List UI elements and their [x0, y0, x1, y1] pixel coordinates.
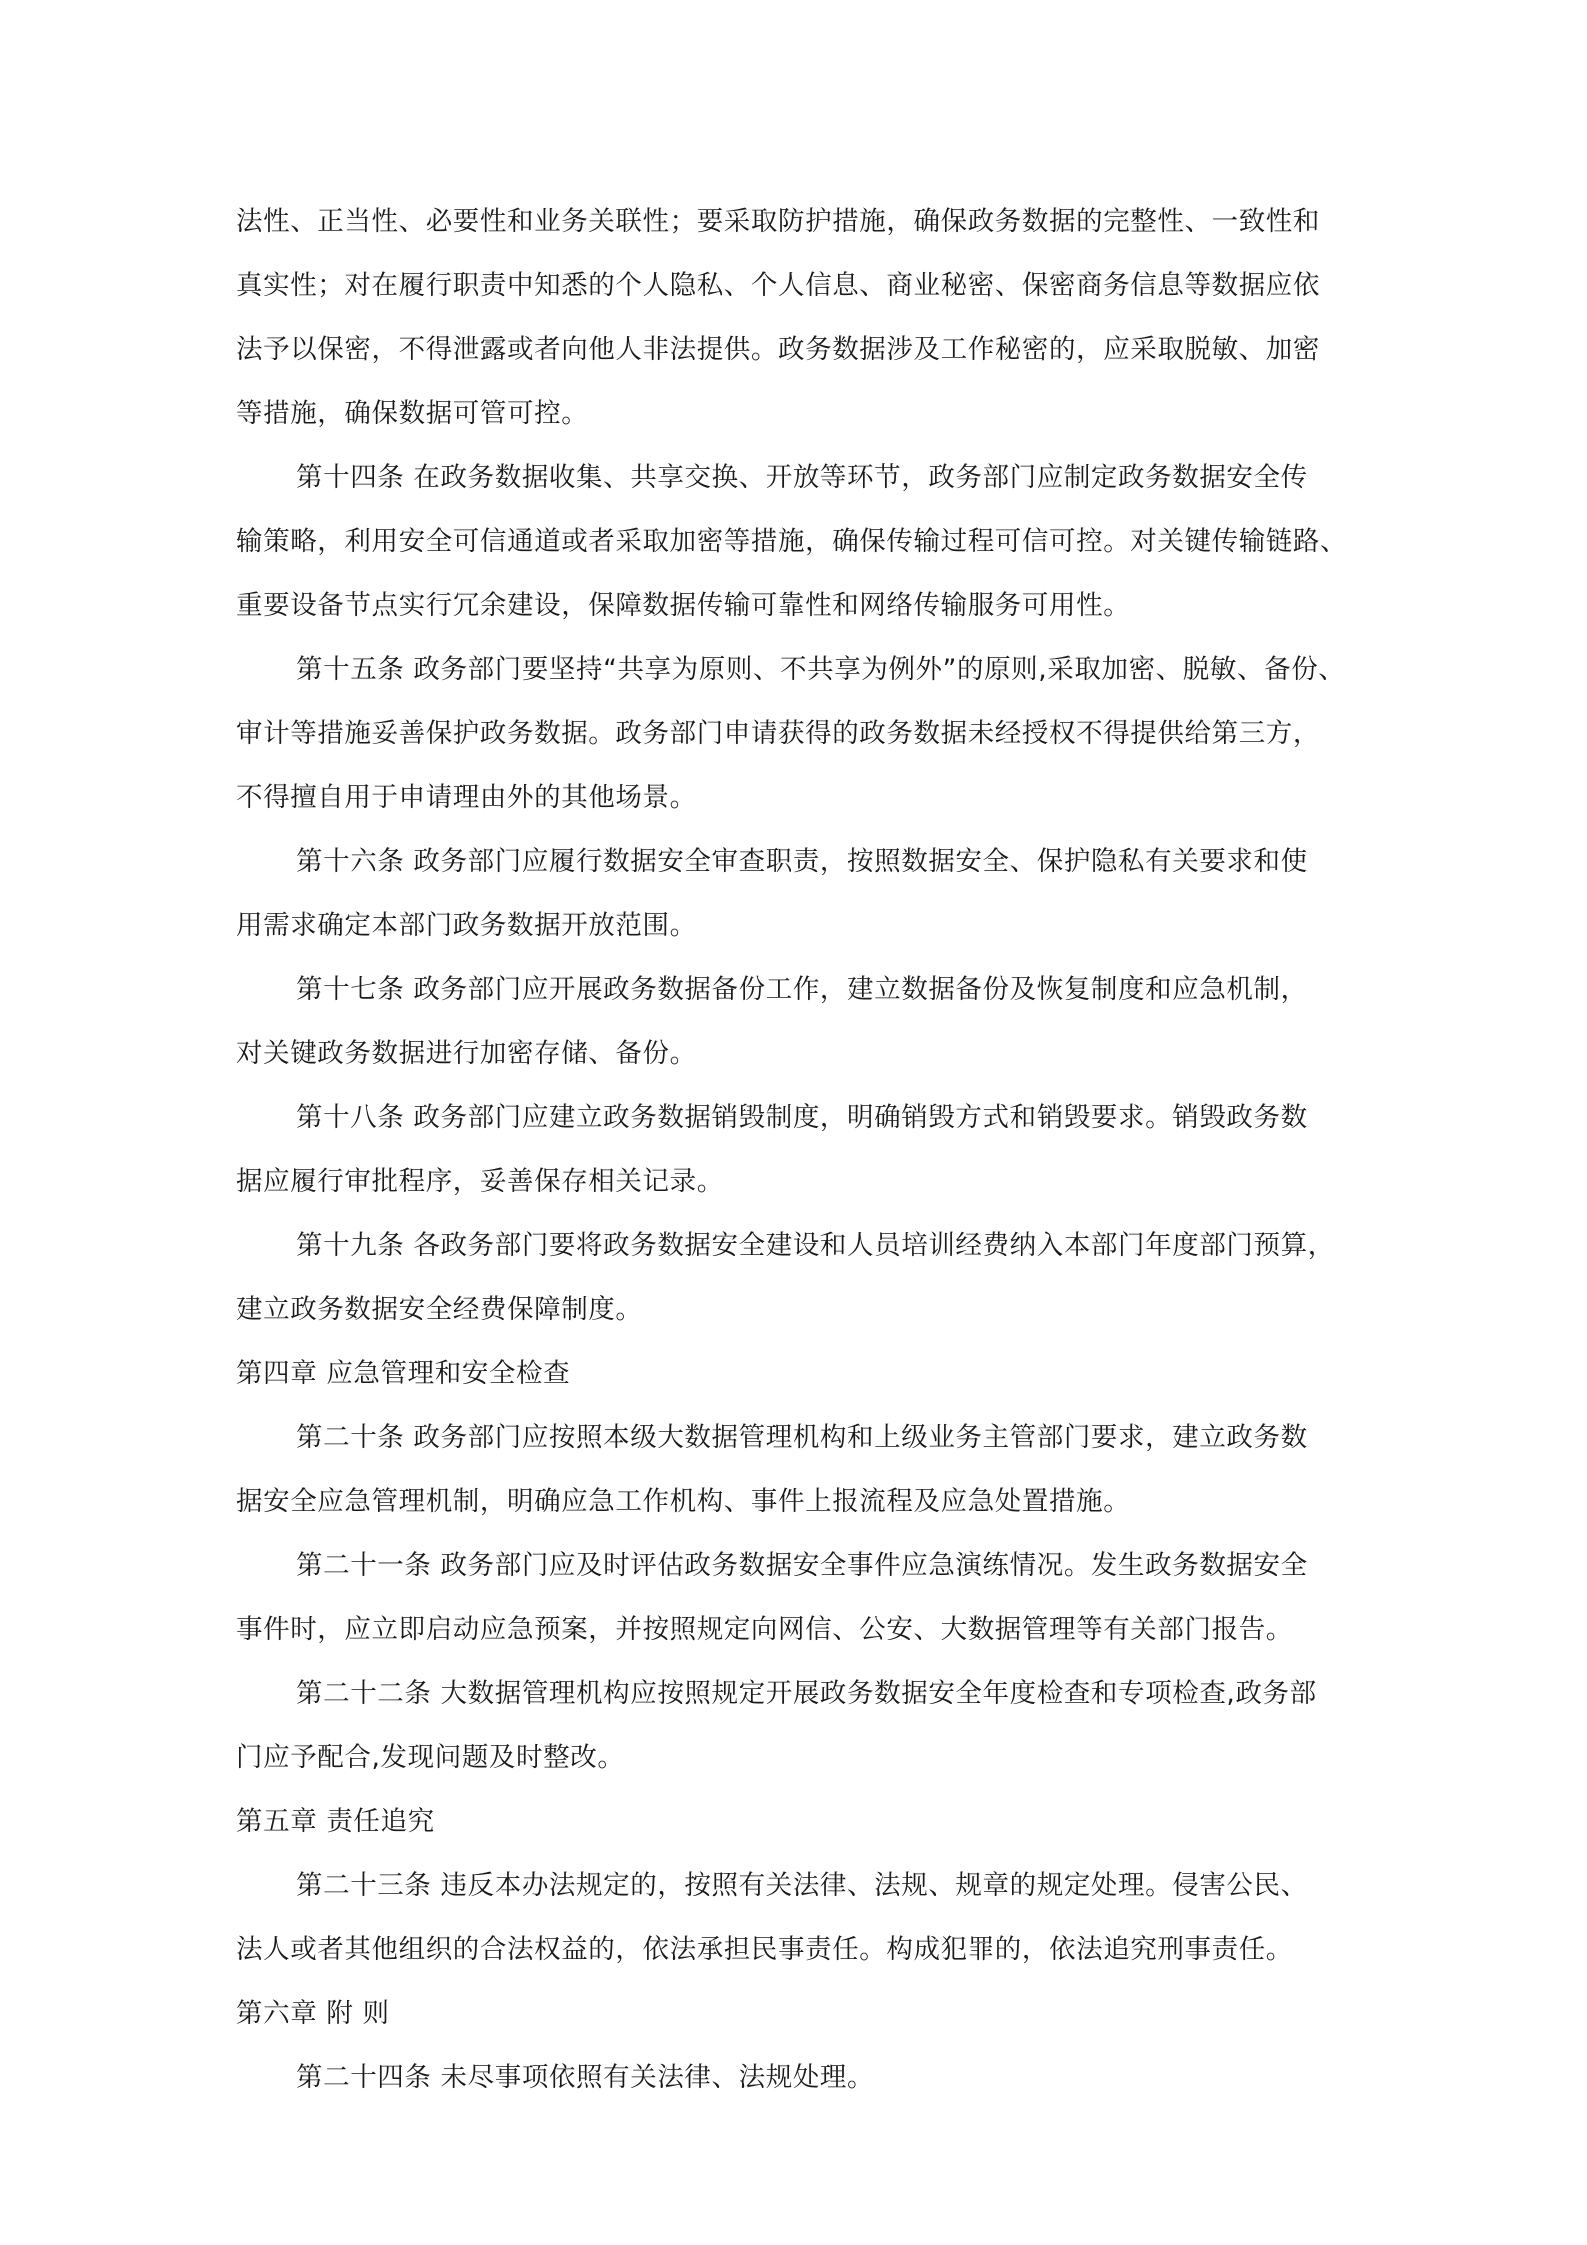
chapter-heading-4: 第四章 应急管理和安全检查 [236, 1352, 1366, 1416]
text-line: 据应履行审批程序，妥善保存相关记录。 [236, 1160, 1366, 1224]
text-line: 第十六条 政务部门应履行数据安全审查职责，按照数据安全、保护隐私有关要求和使 [236, 840, 1366, 904]
article-21: 第二十一条 政务部门应及时评估政务数据安全事件应急演练情况。发生政务数据安全 事… [236, 1544, 1366, 1672]
article-22: 第二十二条 大数据管理机构应按照规定开展政务数据安全年度检查和专项检查,政务部 … [236, 1672, 1366, 1800]
text-line: 第二十四条 未尽事项依照有关法律、法规处理。 [236, 2056, 1366, 2120]
text-line: 真实性；对在履行职责中知悉的个人隐私、个人信息、商业秘密、保密商务信息等数据应依 [236, 264, 1366, 328]
article-16: 第十六条 政务部门应履行数据安全审查职责，按照数据安全、保护隐私有关要求和使 用… [236, 840, 1366, 968]
text-line: 第十八条 政务部门应建立政务数据销毁制度，明确销毁方式和销毁要求。销毁政务数 [236, 1096, 1366, 1160]
article-15: 第十五条 政务部门要坚持“共享为原则、不共享为例外”的原则,采取加密、脱敏、备份… [236, 648, 1366, 840]
text-line: 第十七条 政务部门应开展政务数据备份工作，建立数据备份及恢复制度和应急机制， [236, 968, 1366, 1032]
document-page: 法性、正当性、必要性和业务关联性；要采取防护措施，确保政务数据的完整性、一致性和… [236, 200, 1366, 2120]
text-line: 用需求确定本部门政务数据开放范围。 [236, 904, 1366, 968]
text-line: 对关键政务数据进行加密存储、备份。 [236, 1032, 1366, 1096]
text-line: 第十四条 在政务数据收集、共享交换、开放等环节，政务部门应制定政务数据安全传 [236, 456, 1366, 520]
text-line: 审计等措施妥善保护政务数据。政务部门申请获得的政务数据未经授权不得提供给第三方， [236, 712, 1366, 776]
text-line: 建立政务数据安全经费保障制度。 [236, 1288, 1366, 1352]
text-line: 不得擅自用于申请理由外的其他场景。 [236, 776, 1366, 840]
text-line: 第十九条 各政务部门要将政务数据安全建设和人员培训经费纳入本部门年度部门预算， [236, 1224, 1366, 1288]
text-line: 门应予配合,发现问题及时整改。 [236, 1736, 1366, 1800]
article-18: 第十八条 政务部门应建立政务数据销毁制度，明确销毁方式和销毁要求。销毁政务数 据… [236, 1096, 1366, 1224]
article-20: 第二十条 政务部门应按照本级大数据管理机构和上级业务主管部门要求，建立政务数 据… [236, 1416, 1366, 1544]
text-line: 第二十二条 大数据管理机构应按照规定开展政务数据安全年度检查和专项检查,政务部 [236, 1672, 1366, 1736]
text-line: 第二十一条 政务部门应及时评估政务数据安全事件应急演练情况。发生政务数据安全 [236, 1544, 1366, 1608]
text-line: 输策略，利用安全可信通道或者采取加密等措施，确保传输过程可信可控。对关键传输链路… [236, 520, 1366, 584]
article-19: 第十九条 各政务部门要将政务数据安全建设和人员培训经费纳入本部门年度部门预算， … [236, 1224, 1366, 1352]
text-line: 法人或者其他组织的合法权益的，依法承担民事责任。构成犯罪的，依法追究刑事责任。 [236, 1928, 1366, 1992]
chapter-heading-5: 第五章 责任追究 [236, 1800, 1366, 1864]
text-line: 等措施，确保数据可管可控。 [236, 392, 1366, 456]
text-line: 重要设备节点实行冗余建设，保障数据传输可靠性和网络传输服务可用性。 [236, 584, 1366, 648]
article-14: 第十四条 在政务数据收集、共享交换、开放等环节，政务部门应制定政务数据安全传 输… [236, 456, 1366, 648]
text-line: 第二十三条 违反本办法规定的，按照有关法律、法规、规章的规定处理。侵害公民、 [236, 1864, 1366, 1928]
text-line: 法予以保密，不得泄露或者向他人非法提供。政务数据涉及工作秘密的，应采取脱敏、加密 [236, 328, 1366, 392]
chapter-heading-6: 第六章 附 则 [236, 1992, 1366, 2056]
article-17: 第十七条 政务部门应开展政务数据备份工作，建立数据备份及恢复制度和应急机制， 对… [236, 968, 1366, 1096]
article-23: 第二十三条 违反本办法规定的，按照有关法律、法规、规章的规定处理。侵害公民、 法… [236, 1864, 1366, 1992]
text-line: 第十五条 政务部门要坚持“共享为原则、不共享为例外”的原则,采取加密、脱敏、备份… [236, 648, 1366, 712]
paragraph-continuation: 法性、正当性、必要性和业务关联性；要采取防护措施，确保政务数据的完整性、一致性和… [236, 200, 1366, 456]
text-line: 第二十条 政务部门应按照本级大数据管理机构和上级业务主管部门要求，建立政务数 [236, 1416, 1366, 1480]
article-24: 第二十四条 未尽事项依照有关法律、法规处理。 [236, 2056, 1366, 2120]
text-line: 法性、正当性、必要性和业务关联性；要采取防护措施，确保政务数据的完整性、一致性和 [236, 200, 1366, 264]
text-line: 据安全应急管理机制，明确应急工作机构、事件上报流程及应急处置措施。 [236, 1480, 1366, 1544]
text-line: 事件时，应立即启动应急预案，并按照规定向网信、公安、大数据管理等有关部门报告。 [236, 1608, 1366, 1672]
